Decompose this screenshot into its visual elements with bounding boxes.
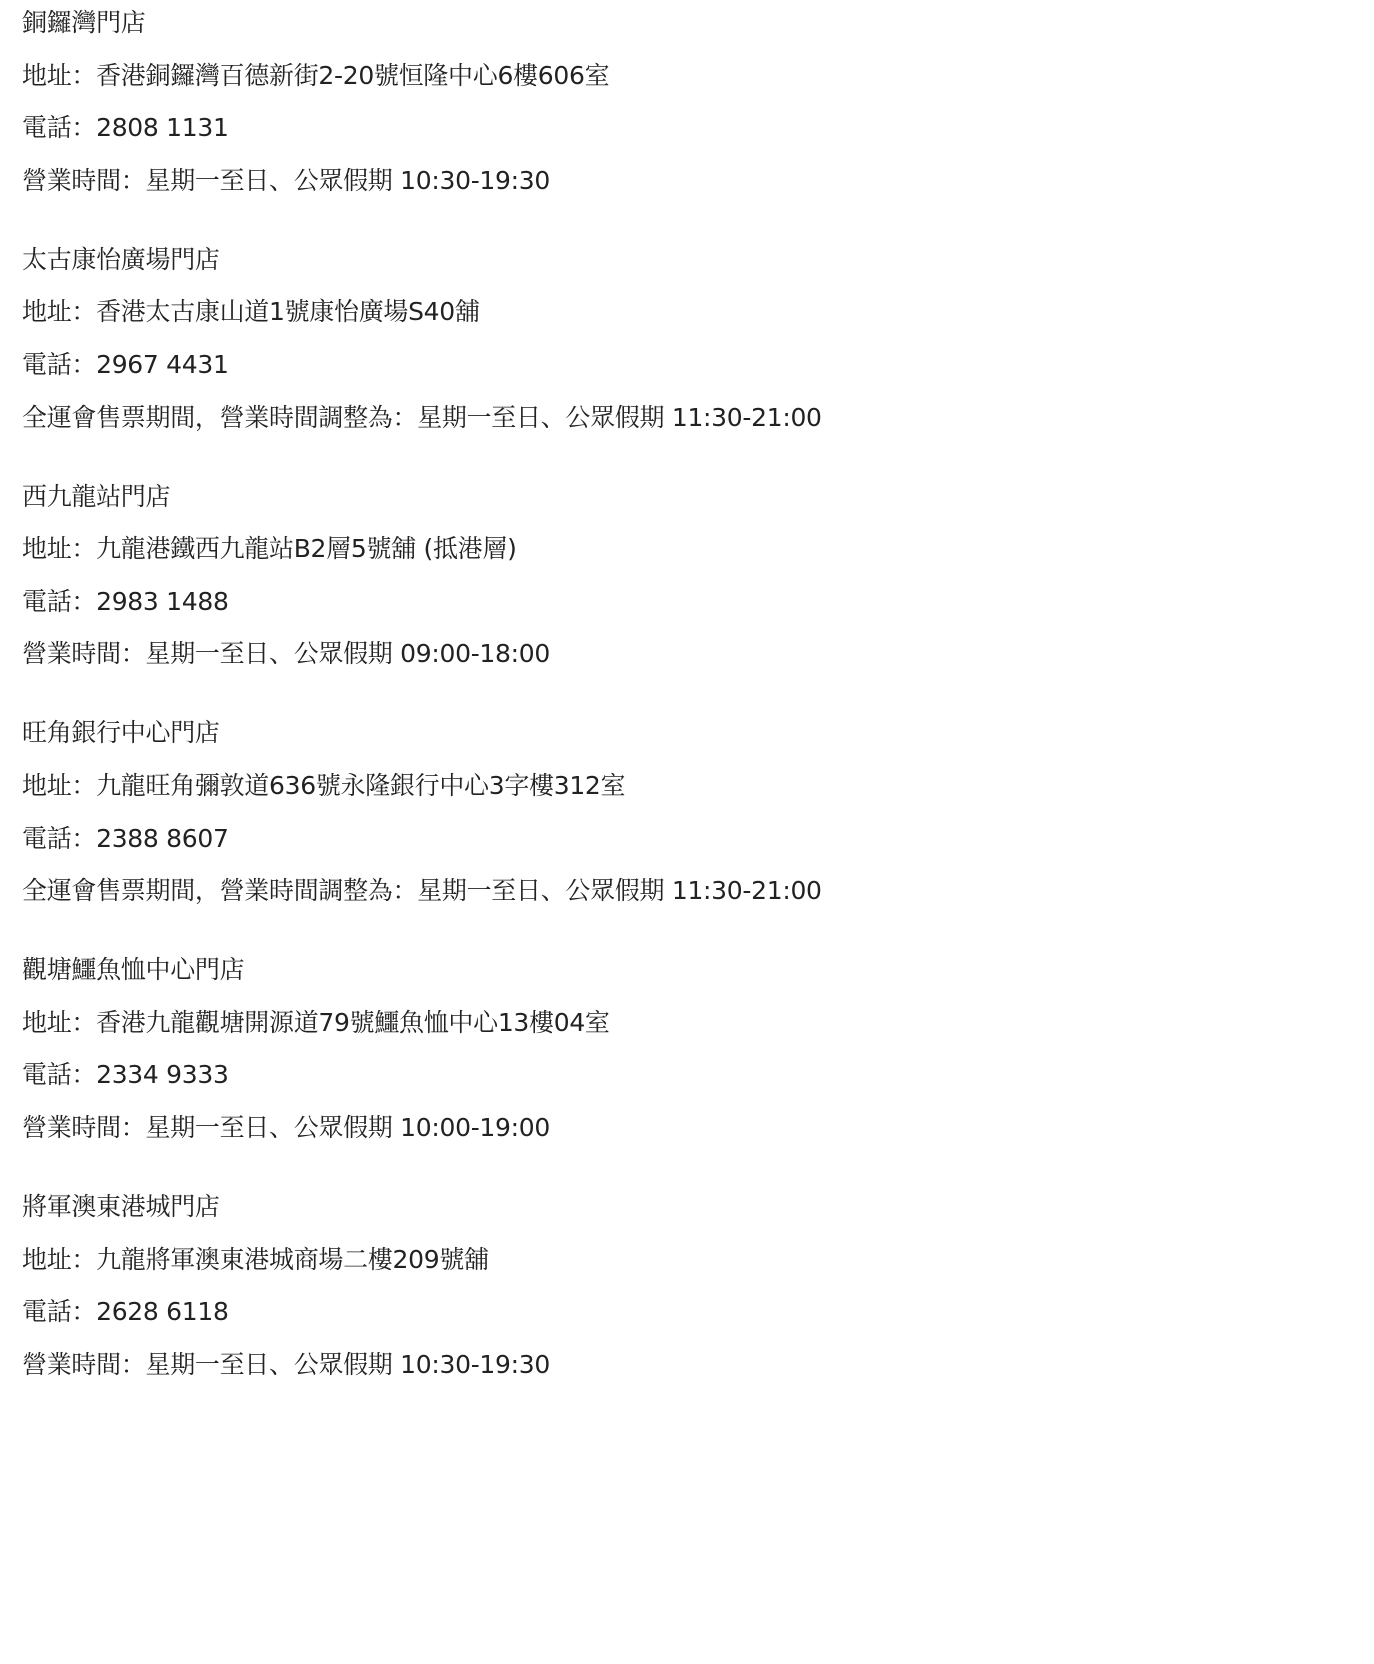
store-phone: 電話：2808 1131 xyxy=(22,115,1374,141)
store-phone: 電話：2334 9333 xyxy=(22,1062,1374,1088)
store-address: 地址：香港太古康山道1號康怡廣場S40舖 xyxy=(22,299,1374,325)
store-phone: 電話：2388 8607 xyxy=(22,826,1374,852)
store-address: 地址：九龍港鐵西九龍站B2層5號舖 (抵港層) xyxy=(22,536,1374,562)
store-phone: 電話：2628 6118 xyxy=(22,1299,1374,1325)
store-list: 銅鑼灣門店 地址：香港銅鑼灣百德新街2-20號恒隆中心6樓606室 電話：280… xyxy=(0,0,1374,1378)
store-taikoo-kornhill: 太古康怡廣場門店 地址：香港太古康山道1號康怡廣場S40舖 電話：2967 44… xyxy=(22,247,1374,431)
store-tseung-kwan-o: 將軍澳東港城門店 地址：九龍將軍澳東港城商場二樓209號舖 電話：2628 61… xyxy=(22,1194,1374,1378)
store-hours: 營業時間：星期一至日、公眾假期 10:30-19:30 xyxy=(22,1352,1374,1378)
store-name: 旺角銀行中心門店 xyxy=(22,720,1374,746)
store-name: 太古康怡廣場門店 xyxy=(22,247,1374,273)
store-mongkok: 旺角銀行中心門店 地址：九龍旺角彌敦道636號永隆銀行中心3字樓312室 電話：… xyxy=(22,720,1374,904)
store-hours: 營業時間：星期一至日、公眾假期 09:00-18:00 xyxy=(22,641,1374,667)
store-address: 地址：香港九龍觀塘開源道79號鱷魚恤中心13樓04室 xyxy=(22,1010,1374,1036)
store-name: 西九龍站門店 xyxy=(22,484,1374,510)
store-name: 觀塘鱷魚恤中心門店 xyxy=(22,957,1374,983)
store-causeway-bay: 銅鑼灣門店 地址：香港銅鑼灣百德新街2-20號恒隆中心6樓606室 電話：280… xyxy=(22,10,1374,194)
store-hours: 營業時間：星期一至日、公眾假期 10:00-19:00 xyxy=(22,1115,1374,1141)
store-kwun-tong: 觀塘鱷魚恤中心門店 地址：香港九龍觀塘開源道79號鱷魚恤中心13樓04室 電話：… xyxy=(22,957,1374,1141)
store-phone: 電話：2983 1488 xyxy=(22,589,1374,615)
store-name: 將軍澳東港城門店 xyxy=(22,1194,1374,1220)
store-hours: 全運會售票期間，營業時間調整為：星期一至日、公眾假期 11:30-21:00 xyxy=(22,878,1374,904)
store-west-kowloon: 西九龍站門店 地址：九龍港鐵西九龍站B2層5號舖 (抵港層) 電話：2983 1… xyxy=(22,484,1374,668)
store-hours: 營業時間：星期一至日、公眾假期 10:30-19:30 xyxy=(22,168,1374,194)
store-address: 地址：九龍將軍澳東港城商場二樓209號舖 xyxy=(22,1247,1374,1273)
store-phone: 電話：2967 4431 xyxy=(22,352,1374,378)
store-address: 地址：香港銅鑼灣百德新街2-20號恒隆中心6樓606室 xyxy=(22,63,1374,89)
store-address: 地址：九龍旺角彌敦道636號永隆銀行中心3字樓312室 xyxy=(22,773,1374,799)
store-hours: 全運會售票期間，營業時間調整為：星期一至日、公眾假期 11:30-21:00 xyxy=(22,405,1374,431)
store-name: 銅鑼灣門店 xyxy=(22,10,1374,36)
